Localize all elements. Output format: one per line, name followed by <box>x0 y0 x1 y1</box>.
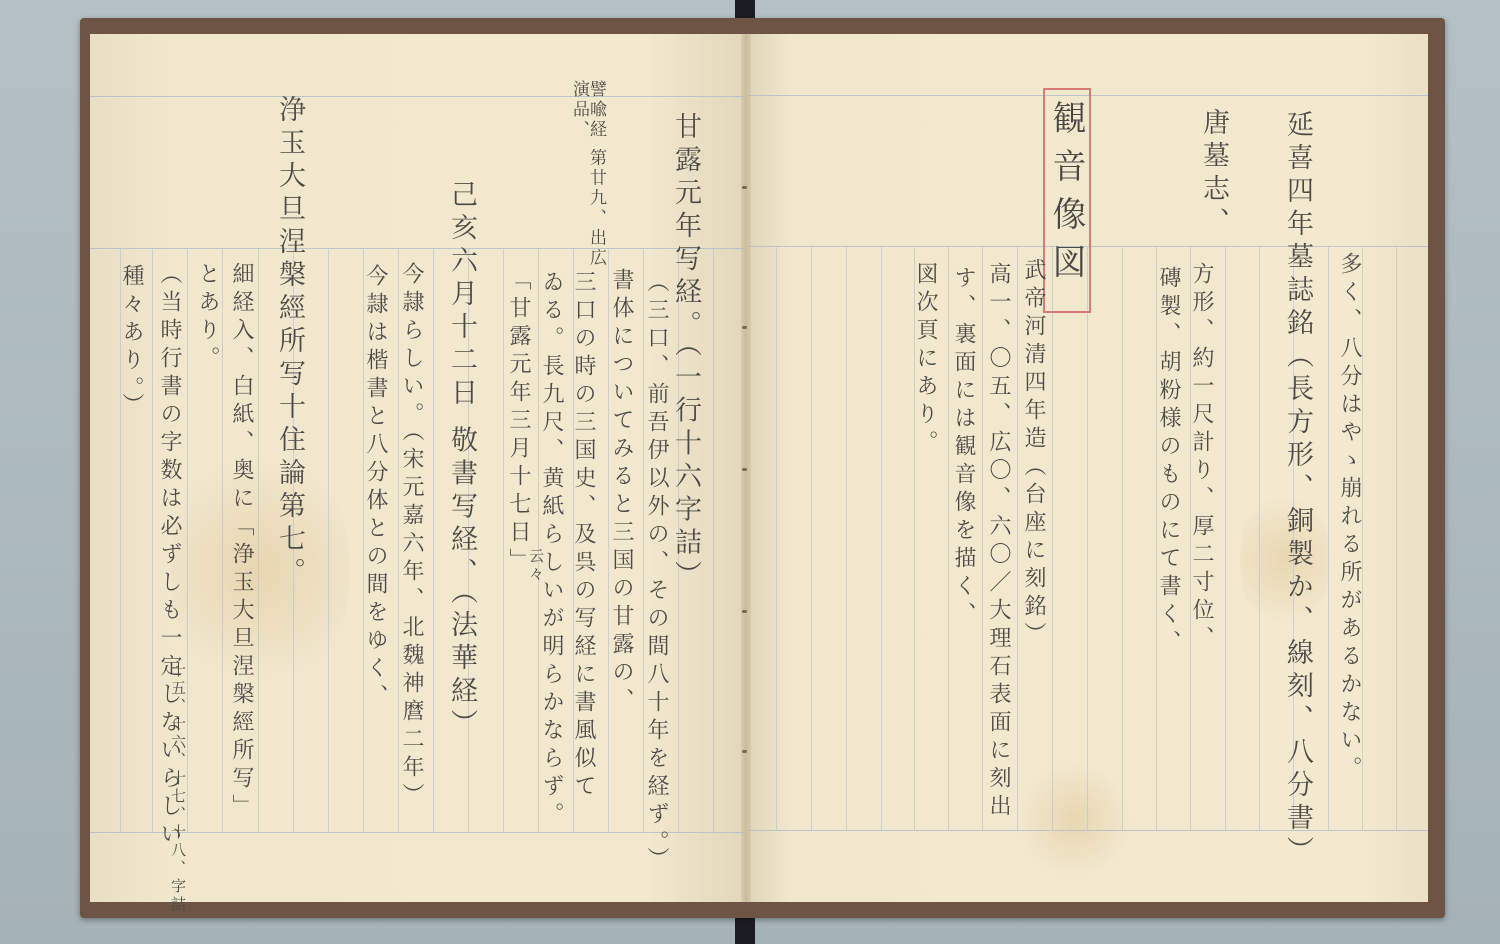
header-rule <box>90 248 745 249</box>
margin-note: 譬喩経 第廿九、出広演品、 <box>570 80 604 270</box>
margin-note: 云々 <box>528 548 543 584</box>
text-column: す、裏面には観音像を描く、 <box>952 266 974 630</box>
text-column: 種々あり。） <box>120 264 142 421</box>
top-margin-rule <box>90 96 745 97</box>
text-column: 唐墓志、 <box>1200 108 1227 240</box>
column-rule <box>1396 246 1397 830</box>
binding-stitch <box>742 610 747 613</box>
text-column: 細経入、白紙、奥に「浄玉大旦涅槃經所写」 <box>230 262 252 822</box>
text-column: 武帝河清四年造（台座に刻銘） <box>1022 258 1044 650</box>
binding-stitch <box>742 326 747 329</box>
binding-stitch <box>742 468 747 471</box>
column-rule <box>328 248 329 832</box>
column-rule <box>1259 246 1260 830</box>
text-column: 「甘露元年三月十七日」 <box>507 268 529 576</box>
text-column: 高一、〇五、広〇、六〇／大理石表面に刻出 <box>987 262 1009 822</box>
bottom-margin-rule <box>748 830 1428 831</box>
column-rule <box>776 246 777 830</box>
column-rule <box>222 248 223 832</box>
column-rule <box>1052 246 1053 830</box>
text-column: 己亥六月十二日 敬書写経、（法華経） <box>448 180 475 742</box>
column-rule <box>846 246 847 830</box>
column-rule <box>1328 246 1329 830</box>
column-rule <box>811 246 812 830</box>
text-column: 方形、約一尺計り、厚二寸位、 <box>1190 262 1212 654</box>
column-rule <box>1362 246 1363 830</box>
text-column: 甘露元年写経。（一行十六字詰） <box>672 112 699 594</box>
red-title-box: 観音像図 <box>1043 88 1091 313</box>
text-column: 多く、八分はやゝ崩れる所があるかない。 <box>1338 252 1360 784</box>
column-rule <box>1225 246 1226 830</box>
title-text: 観音像図 <box>1049 100 1083 292</box>
text-column: 延喜四年墓誌銘（長方形、銅製か、線刻、八分書） <box>1284 110 1311 869</box>
column-rule <box>881 246 882 830</box>
text-column: 浄玉大旦涅槃經所写十住論第七。 <box>276 95 303 590</box>
column-rule <box>258 248 259 832</box>
text-column: とあり。 <box>196 262 218 374</box>
column-rule <box>152 248 153 832</box>
text-column: 磚製、胡粉様のものにて書く、 <box>1157 266 1179 658</box>
text-column: 三口の時の三国史、及呉の写経に書風似て <box>572 270 594 802</box>
column-rule <box>713 248 714 832</box>
binding-stitch <box>742 750 747 753</box>
text-column: 今隷らしい。（宋元嘉六年、北魏神麿二年） <box>400 262 422 811</box>
text-column: 書体についてみると三国の甘露の、 <box>610 268 632 716</box>
column-rule <box>1017 246 1018 830</box>
text-column: 図次頁にあり。 <box>914 262 936 458</box>
column-rule <box>948 246 949 830</box>
column-rule <box>503 248 504 832</box>
paper-stain <box>170 440 350 700</box>
column-rule <box>433 248 434 832</box>
margin-note: 十五、十六、十七、十八、字詰 <box>170 662 185 914</box>
binding-stitch <box>742 186 747 189</box>
column-rule <box>187 248 188 832</box>
text-column: （三口、前吾伊以外の、その間八十年を経ず。） <box>645 270 667 875</box>
column-rule <box>982 246 983 830</box>
paper-stain <box>1020 760 1130 880</box>
column-rule <box>1122 246 1123 830</box>
text-column: 今隷は楷書と八分体との間をゆく、 <box>364 264 386 712</box>
column-rule <box>1087 246 1088 830</box>
